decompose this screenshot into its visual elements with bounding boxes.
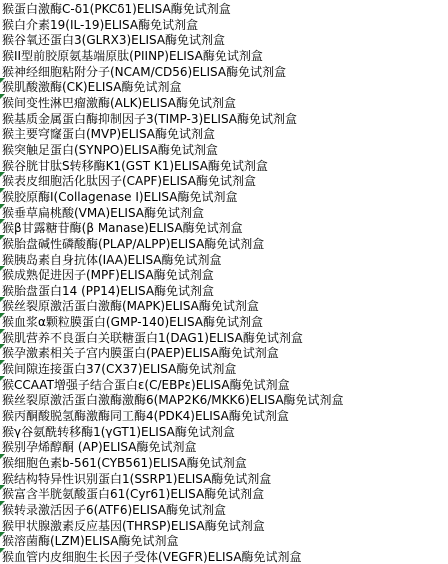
item-text: 猴血浆α颗粒膜蛋白(GMP-140)ELISA酶免试剂盒 [0, 315, 263, 329]
item-text: 猴甲状腺激素反应基因(THRSP)ELISA酶免试剂盒 [0, 519, 265, 533]
cell-error-indicator-icon [0, 344, 5, 349]
list-item[interactable]: 猴胎盘蛋白14 (PP14)ELISA酶免试剂盒 [0, 282, 448, 298]
list-item[interactable]: 猴别孕烯醇酮 (AP)ELISA酶免试剂盒 [0, 438, 448, 454]
item-text: 猴基质金属蛋白酶抑制因子3(TIMP-3)ELISA酶免试剂盒 [0, 112, 297, 126]
item-text: 猴主要穹窿蛋白(MVP)ELISA酶免试剂盒 [0, 127, 215, 141]
list-item[interactable]: 猴神经细胞粘附分子(NCAM/CD56)ELISA酶免试剂盒 [0, 63, 448, 79]
list-item[interactable]: 猴垂草扁桃酸(VMA)ELISA酶免试剂盒 [0, 204, 448, 220]
list-item[interactable]: 猴间变性淋巴瘤激酶(ALK)ELISA酶免试剂盒 [0, 94, 448, 110]
cell-error-indicator-icon [0, 204, 5, 209]
cell-error-indicator-icon [0, 454, 5, 459]
item-text: 猴肌酸激酶(CK)ELISA酶免试剂盒 [0, 80, 181, 94]
cell-error-indicator-icon [0, 376, 5, 381]
item-text: 猴富含半胱氨酸蛋白61(Cyr61)ELISA酶免试剂盒 [0, 487, 264, 501]
item-text: 猴胎盘蛋白14 (PP14)ELISA酶免试剂盒 [0, 284, 214, 298]
item-text: 猴垂草扁桃酸(VMA)ELISA酶免试剂盒 [0, 206, 204, 220]
item-text: 猴白介素19(IL-19)ELISA酶免试剂盒 [0, 18, 198, 32]
list-item[interactable]: 猴丝裂原激活蛋白激酶激酶6(MAP2K6/MKK6)ELISA酶免试剂盒 [0, 391, 448, 407]
item-text: 猴蛋白激酶C-δ1(PKCδ1)ELISA酶免试剂盒 [0, 2, 231, 16]
cell-error-indicator-icon [0, 188, 5, 193]
cell-error-indicator-icon [0, 360, 5, 365]
list-item[interactable]: 猴基质金属蛋白酶抑制因子3(TIMP-3)ELISA酶免试剂盒 [0, 110, 448, 126]
list-item[interactable]: 猴突触足蛋白(SYNPO)ELISA酶免试剂盒 [0, 141, 448, 157]
list-item[interactable]: 猴谷氧还蛋白3(GLRX3)ELISA酶免试剂盒 [0, 31, 448, 47]
item-text: 猴孕激素相关子宫内膜蛋白(PAEP)ELISA酶免试剂盒 [0, 346, 279, 360]
list-item[interactable]: 猴间隙连接蛋白37(CX37)ELISA酶免试剂盒 [0, 360, 448, 376]
list-item[interactable]: 猴结构特异性识别蛋白1(SSRP1)ELISA酶免试剂盒 [0, 470, 448, 486]
cell-error-indicator-icon [0, 501, 5, 506]
cell-error-indicator-icon [0, 266, 5, 271]
list-item[interactable]: 猴β甘露糖苷酶(β Manase)ELISA酶免试剂盒 [0, 219, 448, 235]
list-item[interactable]: 猴溶菌酶(LZM)ELISA酶免试剂盒 [0, 532, 448, 548]
item-text: 猴间隙连接蛋白37(CX37)ELISA酶免试剂盒 [0, 362, 236, 376]
list-item[interactable]: 猴谷胱甘肽S转移酶Κ1(GST Κ1)ELISA酶免试剂盒 [0, 157, 448, 173]
list-item[interactable]: 猴蛋白激酶C-δ1(PKCδ1)ELISA酶免试剂盒 [0, 0, 448, 16]
elisa-kit-list: 猴蛋白激酶C-δ1(PKCδ1)ELISA酶免试剂盒猴白介素19(IL-19)E… [0, 0, 448, 564]
cell-error-indicator-icon [0, 78, 5, 83]
list-item[interactable]: 猴白介素19(IL-19)ELISA酶免试剂盒 [0, 16, 448, 32]
item-text: 猴细胞色素b-561(CYB561)ELISA酶免试剂盒 [0, 456, 247, 470]
item-text: 猴胎盘碱性磷酸酶(PLAP/ALPP)ELISA酶免试剂盒 [0, 237, 264, 251]
cell-error-indicator-icon [0, 219, 5, 224]
list-item[interactable]: 猴甲状腺激素反应基因(THRSP)ELISA酶免试剂盒 [0, 517, 448, 533]
list-item[interactable]: 猴主要穹窿蛋白(MVP)ELISA酶免试剂盒 [0, 125, 448, 141]
item-text: 猴神经细胞粘附分子(NCAM/CD56)ELISA酶免试剂盒 [0, 65, 286, 79]
list-item[interactable]: 猴γ谷氨酰转移酶1(γGT1)ELISA酶免试剂盒 [0, 423, 448, 439]
item-text: 猴间变性淋巴瘤激酶(ALK)ELISA酶免试剂盒 [0, 96, 236, 110]
list-item[interactable]: 猴胰岛素自身抗体(IAA)ELISA酶免试剂盒 [0, 251, 448, 267]
list-item[interactable]: 猴血浆α颗粒膜蛋白(GMP-140)ELISA酶免试剂盒 [0, 313, 448, 329]
item-text: 猴CCAAT增强子结合蛋白ε(C/EBPε)ELISA酶免试剂盒 [0, 378, 290, 392]
item-text: 猴结构特异性识别蛋白1(SSRP1)ELISA酶免试剂盒 [0, 472, 271, 486]
list-item[interactable]: 猴胶原酶I(Collagenase I)ELISA酶免试剂盒 [0, 188, 448, 204]
list-item[interactable]: 猴丝裂原激活蛋白激酶(MAPK)ELISA酶免试剂盒 [0, 297, 448, 313]
list-item[interactable]: 猴肌营养不良蛋白关联糖蛋白1(DAG1)ELISA酶免试剂盒 [0, 329, 448, 345]
cell-error-indicator-icon [0, 235, 5, 240]
list-item[interactable]: 猴孕激素相关子宫内膜蛋白(PAEP)ELISA酶免试剂盒 [0, 344, 448, 360]
item-text: 猴胶原酶I(Collagenase I)ELISA酶免试剂盒 [0, 190, 237, 204]
cell-error-indicator-icon [0, 297, 5, 302]
item-text: 猴谷胱甘肽S转移酶Κ1(GST Κ1)ELISA酶免试剂盒 [0, 159, 268, 173]
item-text: 猴溶菌酶(LZM)ELISA酶免试剂盒 [0, 534, 178, 548]
list-item[interactable]: 猴富含半胱氨酸蛋白61(Cyr61)ELISA酶免试剂盒 [0, 485, 448, 501]
item-text: 猴丝裂原激活蛋白激酶(MAPK)ELISA酶免试剂盒 [0, 299, 259, 313]
list-item[interactable]: 猴成熟促进因子(MPF)ELISA酶免试剂盒 [0, 266, 448, 282]
item-text: 猴丝裂原激活蛋白激酶激酶6(MAP2K6/MKK6)ELISA酶免试剂盒 [0, 393, 344, 407]
cell-error-indicator-icon [0, 548, 5, 553]
list-item[interactable]: 猴CCAAT增强子结合蛋白ε(C/EBPε)ELISA酶免试剂盒 [0, 376, 448, 392]
list-item[interactable]: 猴转录激活因子6(ATF6)ELISA酶免试剂盒 [0, 501, 448, 517]
item-text: 猴胰岛素自身抗体(IAA)ELISA酶免试剂盒 [0, 253, 222, 267]
cell-error-indicator-icon [0, 172, 5, 177]
list-item[interactable]: 猴II型前胶原氨基端原肽(PIINP)ELISA酶免试剂盒 [0, 47, 448, 63]
item-text: 猴II型前胶原氨基端原肽(PIINP)ELISA酶免试剂盒 [0, 49, 263, 63]
list-item[interactable]: 猴细胞色素b-561(CYB561)ELISA酶免试剂盒 [0, 454, 448, 470]
list-item[interactable]: 猴胎盘碱性磷酸酶(PLAP/ALPP)ELISA酶免试剂盒 [0, 235, 448, 251]
cell-error-indicator-icon [0, 313, 5, 318]
item-text: 猴β甘露糖苷酶(β Manase)ELISA酶免试剂盒 [0, 221, 243, 235]
item-text: 猴成熟促进因子(MPF)ELISA酶免试剂盒 [0, 268, 214, 282]
list-item[interactable]: 猴血管内皮细胞生长因子受体(VEGFR)ELISA酶免试剂盒 [0, 548, 448, 564]
item-text: 猴血管内皮细胞生长因子受体(VEGFR)ELISA酶免试剂盒 [0, 550, 302, 564]
list-item[interactable]: 猴表皮细胞活化肽因子(CAPF)ELISA酶免试剂盒 [0, 172, 448, 188]
item-text: 猴丙酮酸脱氢酶激酶同工酶4(PDK4)ELISA酶免试剂盒 [0, 409, 289, 423]
list-item[interactable]: 猴丙酮酸脱氢酶激酶同工酶4(PDK4)ELISA酶免试剂盒 [0, 407, 448, 423]
item-text: 猴谷氧还蛋白3(GLRX3)ELISA酶免试剂盒 [0, 33, 225, 47]
cell-error-indicator-icon [0, 94, 5, 99]
item-text: 猴γ谷氨酰转移酶1(γGT1)ELISA酶免试剂盒 [0, 425, 235, 439]
cell-error-indicator-icon [0, 532, 5, 537]
item-text: 猴表皮细胞活化肽因子(CAPF)ELISA酶免试剂盒 [0, 174, 256, 188]
item-text: 猴转录激活因子6(ATF6)ELISA酶免试剂盒 [0, 503, 226, 517]
list-item[interactable]: 猴肌酸激酶(CK)ELISA酶免试剂盒 [0, 78, 448, 94]
cell-error-indicator-icon [0, 485, 5, 490]
item-text: 猴别孕烯醇酮 (AP)ELISA酶免试剂盒 [0, 440, 196, 454]
item-text: 猴肌营养不良蛋白关联糖蛋白1(DAG1)ELISA酶免试剂盒 [0, 331, 303, 345]
cell-error-indicator-icon [0, 329, 5, 334]
item-text: 猴突触足蛋白(SYNPO)ELISA酶免试剂盒 [0, 143, 218, 157]
